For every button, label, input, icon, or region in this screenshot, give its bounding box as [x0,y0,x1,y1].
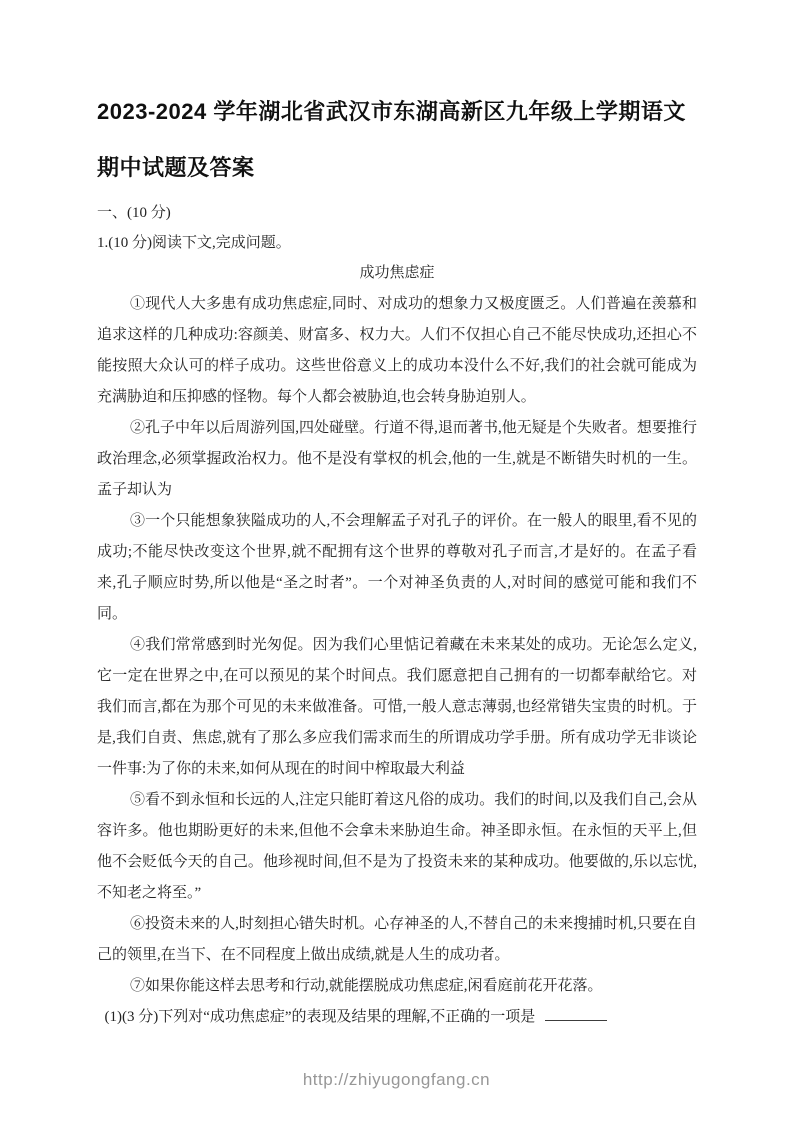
document-title: 2023-2024 学年湖北省武汉市东湖高新区九年级上学期语文期中试题及答案 [97,84,697,196]
sub-question-line: (1)(3 分)下列对“成功焦虑症”的表现及结果的理解,不正确的一项是 [97,1002,697,1033]
passage-title: 成功焦虑症 [97,258,697,289]
answer-blank [545,1006,607,1021]
passage-paragraph-1: ①现代人大多患有成功焦虑症,同时、对成功的想象力又极度匮乏。人们普遍在羡慕和追求… [97,289,697,413]
passage-paragraph-2: ②孔子中年以后周游列国,四处碰壁。行道不得,退而著书,他无疑是个失败者。想要推行… [97,413,697,506]
passage-paragraph-4: ④我们常常感到时光匆促。因为我们心里惦记着藏在未来某处的成功。无论怎么定义,它一… [97,630,697,785]
passage-paragraph-6: ⑥投资未来的人,时刻担心错失时机。心存神圣的人,不替自己的未来搜捕时机,只要在自… [97,909,697,971]
footer-url: http://zhiyugongfang.cn [0,1070,793,1090]
sub-question-text: (1)(3 分)下列对“成功焦虑症”的表现及结果的理解,不正确的一项是 [105,1009,536,1025]
passage-paragraph-7: ⑦如果你能这样去思考和行动,就能摆脱成功焦虑症,闲看庭前花开花落。 [97,971,697,1002]
section-heading: 一、(10 分) [97,198,697,228]
passage-paragraph-3: ③一个只能想象狭隘成功的人,不会理解孟子对孔子的评价。在一般人的眼里,看不见的成… [97,506,697,630]
exam-paper-page: 2023-2024 学年湖北省武汉市东湖高新区九年级上学期语文期中试题及答案 一… [0,0,793,1122]
question-lead: 1.(10 分)阅读下文,完成问题。 [97,228,697,258]
passage-paragraph-5: ⑤看不到永恒和长远的人,注定只能盯着这凡俗的成功。我们的时间,以及我们自己,会从… [97,785,697,909]
